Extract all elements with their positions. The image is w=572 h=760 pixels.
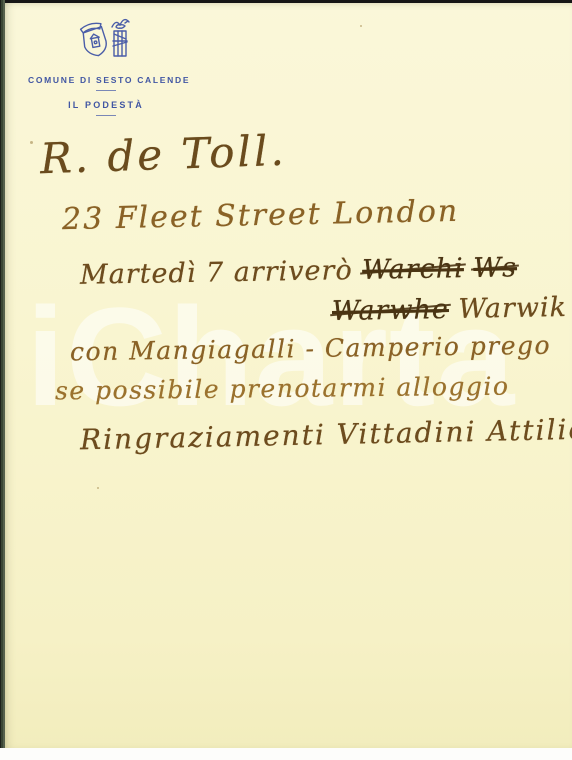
scan-edge-left [0,0,5,748]
letterhead-office: IL PODESTÀ [28,100,184,110]
struck-word: Ws [473,252,517,284]
letterhead: COMUNE DI SESTO CALENDE IL PODESTÀ [28,16,184,116]
struck-word: Warwhe [332,294,449,327]
municipal-crest-icon [73,16,139,69]
body-text: Martedì 7 arriverò [80,255,363,291]
scan-background-bottom [0,748,572,760]
handwritten-body-line-1-continued: Warwhe Warwik [332,292,568,327]
paper-speck [360,25,362,27]
paper-speck [30,141,33,144]
scan-edge-top [0,0,572,3]
paper-speck [97,487,99,489]
body-text: se possibile prenotarmi alloggio [55,372,510,406]
letterhead-municipality: COMUNE DI SESTO CALENDE [28,75,184,85]
struck-word: Warchi [362,253,464,286]
handwritten-body-line-3: se possibile prenotarmi alloggio [55,372,510,406]
letterhead-divider [96,115,116,116]
recipient-text: R. de Toll. [39,126,287,184]
letterhead-divider [96,90,116,91]
scanned-letter-page: iCharta [0,0,572,760]
body-text: Warwik [449,292,568,325]
handwritten-recipient-line: R. de Toll. [39,126,287,184]
